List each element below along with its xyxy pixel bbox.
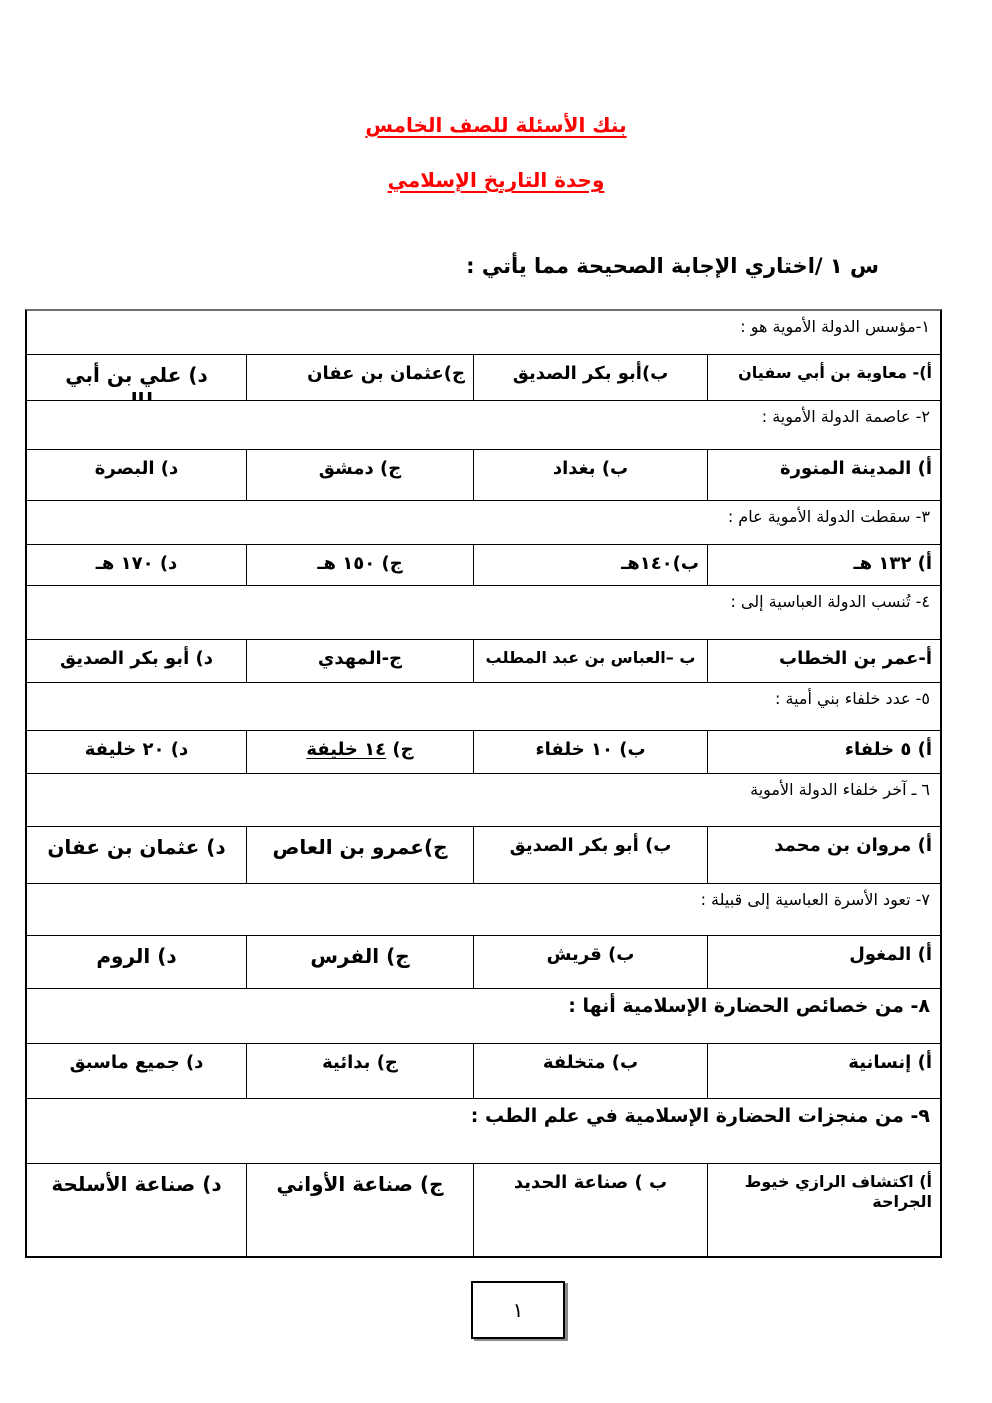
- question-row-4: ٤- تُنسب الدولة العباسية إلى :: [27, 585, 940, 639]
- option-a: أ) المغول: [708, 936, 940, 988]
- option-b: ب) أبو بكر الصديق: [474, 827, 708, 883]
- option-c: ج)عثمان بن عفان: [247, 355, 474, 400]
- question-row-7: ٧- تعود الأسرة العباسية إلى قبيلة :: [27, 883, 940, 935]
- question-text: ٢- عاصمة الدولة الأموية :: [762, 407, 930, 426]
- option-a: أ) ٥ خلفاء: [708, 731, 940, 773]
- page-number: ١: [513, 1298, 524, 1322]
- option-b: ب –العباس بن عبد المطلب: [474, 640, 708, 682]
- option-a: أ-عمر بن الخطاب: [708, 640, 940, 682]
- unit-title: وحدة التاريخ الإسلامي: [0, 168, 992, 192]
- option-d: د) الروم: [27, 936, 247, 988]
- document-page: بنك الأسئلة للصف الخامس وحدة التاريخ الإ…: [0, 0, 992, 1403]
- page-number-box: ١: [471, 1281, 565, 1339]
- options-row-3: أ) ١٣٢ هـ ب)١٤٠هـ ج) ١٥٠ هـ د) ١٧٠ هـ: [27, 544, 940, 585]
- question-row-2: ٢- عاصمة الدولة الأموية :: [27, 400, 940, 449]
- option-d: د) عثمان بن عفان: [27, 827, 247, 883]
- option-a: أ) إنسانية: [708, 1044, 940, 1098]
- option-a: أ) المدينة المنورة: [708, 450, 940, 500]
- options-row-6: أ) مروان بن محمد ب) أبو بكر الصديق ج)عمر…: [27, 826, 940, 883]
- option-a: أ) مروان بن محمد: [708, 827, 940, 883]
- option-c: ج) ١٤ خليفة: [247, 731, 474, 773]
- option-d: د) صناعة الأسلحة: [27, 1164, 247, 1256]
- option-b: ب) متخلفة: [474, 1044, 708, 1098]
- option-a: أ)- معاوية بن أبي سفيان: [708, 355, 940, 400]
- question-text: ٧- تعود الأسرة العباسية إلى قبيلة :: [701, 890, 930, 909]
- question-text: ١-مؤسس الدولة الأموية هو :: [740, 317, 930, 336]
- option-b: ب) ١٠ خلفاء: [474, 731, 708, 773]
- option-c: ج) دمشق: [247, 450, 474, 500]
- option-b: ب) بغداد: [474, 450, 708, 500]
- option-c: ج) الفرس: [247, 936, 474, 988]
- questions-table: ١-مؤسس الدولة الأموية هو : أ)- معاوية بن…: [25, 309, 942, 1258]
- section-heading: س ١ /اختاري الإجابة الصحيحة مما يأتي :: [466, 254, 879, 278]
- option-a: أ) اكتشاف الرازي خيوط الجراحة: [708, 1164, 940, 1256]
- options-row-8: أ) إنسانية ب) متخلفة ج) بدائية د) جميع م…: [27, 1043, 940, 1098]
- options-row-1: أ)- معاوية بن أبي سفيان ب)أبو بكر الصديق…: [27, 354, 940, 400]
- question-text: ٥- عدد خلفاء بني أمية :: [775, 689, 930, 708]
- question-text: ٣- سقطت الدولة الأموية عام :: [728, 507, 930, 526]
- option-c-underlined: ١٤ خليفة: [306, 739, 386, 760]
- option-a: أ) ١٣٢ هـ: [708, 545, 940, 585]
- options-row-5: أ) ٥ خلفاء ب) ١٠ خلفاء ج) ١٤ خليفة د) ٢٠…: [27, 730, 940, 773]
- option-c: ج) بدائية: [247, 1044, 474, 1098]
- question-row-5: ٥- عدد خلفاء بني أمية :: [27, 682, 940, 730]
- option-d: د) ٢٠ خليفة: [27, 731, 247, 773]
- options-row-4: أ-عمر بن الخطاب ب –العباس بن عبد المطلب …: [27, 639, 940, 682]
- option-c-prefix: ج): [386, 739, 413, 760]
- option-c: ج) ١٥٠ هـ: [247, 545, 474, 585]
- question-text: ٦ ـ آخر خلفاء الدولة الأموية: [750, 780, 930, 799]
- option-b: ب)أبو بكر الصديق: [474, 355, 708, 400]
- question-row-8: ٨- من خصائص الحضارة الإسلامية أنها :: [27, 988, 940, 1043]
- options-row-2: أ) المدينة المنورة ب) بغداد ج) دمشق د) ا…: [27, 449, 940, 500]
- option-d: د) ١٧٠ هـ: [27, 545, 247, 585]
- option-b: ب) قريش: [474, 936, 708, 988]
- question-row-9: ٩- من منجزات الحضارة الإسلامية في علم ال…: [27, 1098, 940, 1163]
- option-d: د) علي بن أبي طالب: [27, 355, 247, 400]
- option-b: ب)١٤٠هـ: [474, 545, 708, 585]
- question-row-3: ٣- سقطت الدولة الأموية عام :: [27, 500, 940, 544]
- option-c: ج-المهدي: [247, 640, 474, 682]
- option-d: د) البصرة: [27, 450, 247, 500]
- option-d: د) جميع ماسبق: [27, 1044, 247, 1098]
- option-d: د) أبو بكر الصديق: [27, 640, 247, 682]
- question-text: ٤- تُنسب الدولة العباسية إلى :: [730, 592, 930, 611]
- question-row-6: ٦ ـ آخر خلفاء الدولة الأموية: [27, 773, 940, 826]
- options-row-7: أ) المغول ب) قريش ج) الفرس د) الروم: [27, 935, 940, 988]
- option-c: ج) صناعة الأواني: [247, 1164, 474, 1256]
- options-row-9: أ) اكتشاف الرازي خيوط الجراحة ب ) صناعة …: [27, 1163, 940, 1256]
- question-text: ٩- من منجزات الحضارة الإسلامية في علم ال…: [471, 1105, 930, 1127]
- option-c: ج)عمرو بن العاص: [247, 827, 474, 883]
- question-text: ٨- من خصائص الحضارة الإسلامية أنها :: [568, 995, 930, 1017]
- question-row-1: ١-مؤسس الدولة الأموية هو :: [27, 311, 940, 354]
- option-b: ب ) صناعة الحديد: [474, 1164, 708, 1256]
- page-title: بنك الأسئلة للصف الخامس: [0, 113, 992, 137]
